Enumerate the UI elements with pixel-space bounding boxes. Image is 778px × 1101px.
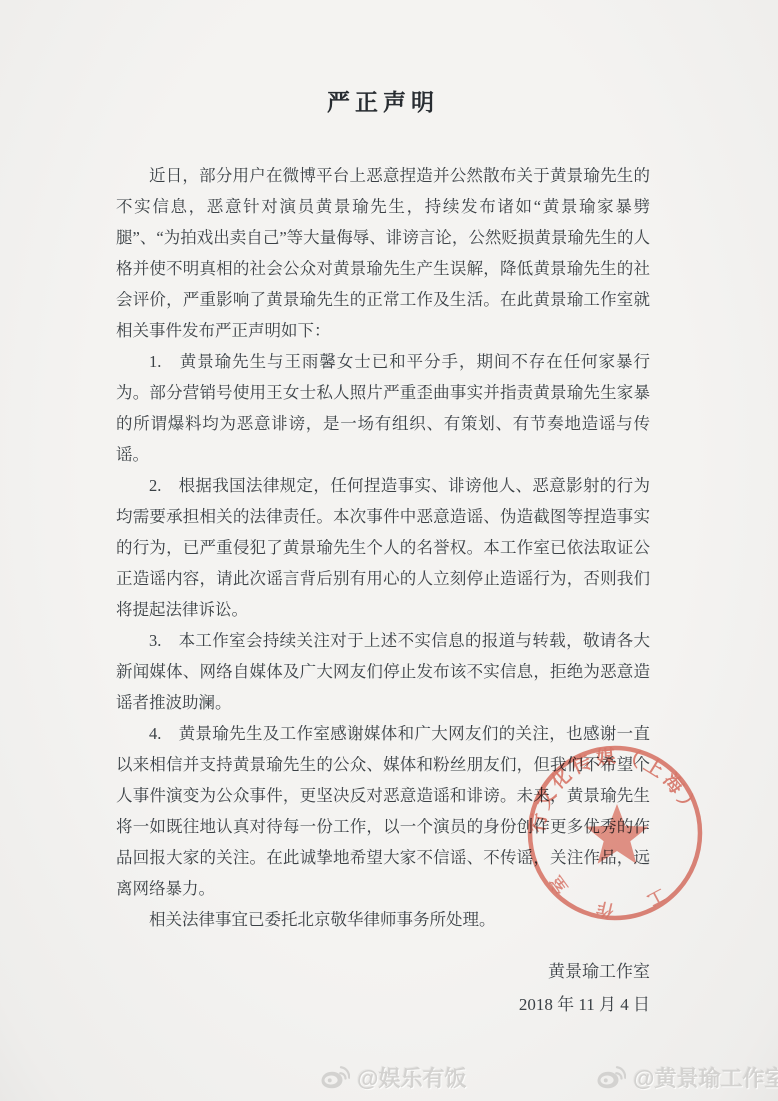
statement-title: 严正声明 (116, 88, 650, 118)
statement-body: 严正声明 近日，部分用户在微博平台上恶意捏造并公然散布关于黄景瑜先生的不实信息，… (116, 88, 650, 1021)
statement-paragraph-legal: 相关法律事宜已委托北京敬华律师事务所处理。 (116, 904, 650, 935)
watermark-handle: @娱乐有饭 (357, 1062, 466, 1093)
watermark-left: @娱乐有饭 (320, 1059, 466, 1095)
statement-paragraph-item-3: 3. 本工作室会持续关注对于上述不实信息的报道与转载，敬请各大新闻媒体、网络自媒… (116, 625, 650, 718)
statement-paragraph-item-2: 2. 根据我国法律规定，任何捏造事实、诽谤他人、恶意影射的行为均需要承担相关的法… (116, 470, 650, 625)
statement-paragraph-item-4: 4. 黄景瑜先生及工作室感谢媒体和广大网友们的关注，也感谢一直以来相信并支持黄景… (116, 718, 650, 904)
signature-date: 2018 年 11 月 4 日 (116, 988, 650, 1021)
statement-paragraph-intro: 近日，部分用户在微博平台上恶意捏造并公然散布关于黄景瑜先生的不实信息，恶意针对演… (116, 160, 650, 346)
weibo-icon (320, 1064, 350, 1090)
weibo-icon (596, 1064, 626, 1090)
watermark-handle: @黄景瑜工作室 (633, 1062, 778, 1093)
statement-paragraph-item-1: 1. 黄景瑜先生与王雨馨女士已和平分手，期间不存在任何家暴行为。部分营销号使用王… (116, 346, 650, 470)
signature-block: 黄景瑜工作室 2018 年 11 月 4 日 (116, 955, 650, 1021)
signature-name: 黄景瑜工作室 (116, 955, 650, 988)
watermark-right: @黄景瑜工作室 (596, 1059, 778, 1095)
document-page: 严正声明 近日，部分用户在微博平台上恶意捏造并公然散布关于黄景瑜先生的不实信息，… (0, 0, 778, 1101)
